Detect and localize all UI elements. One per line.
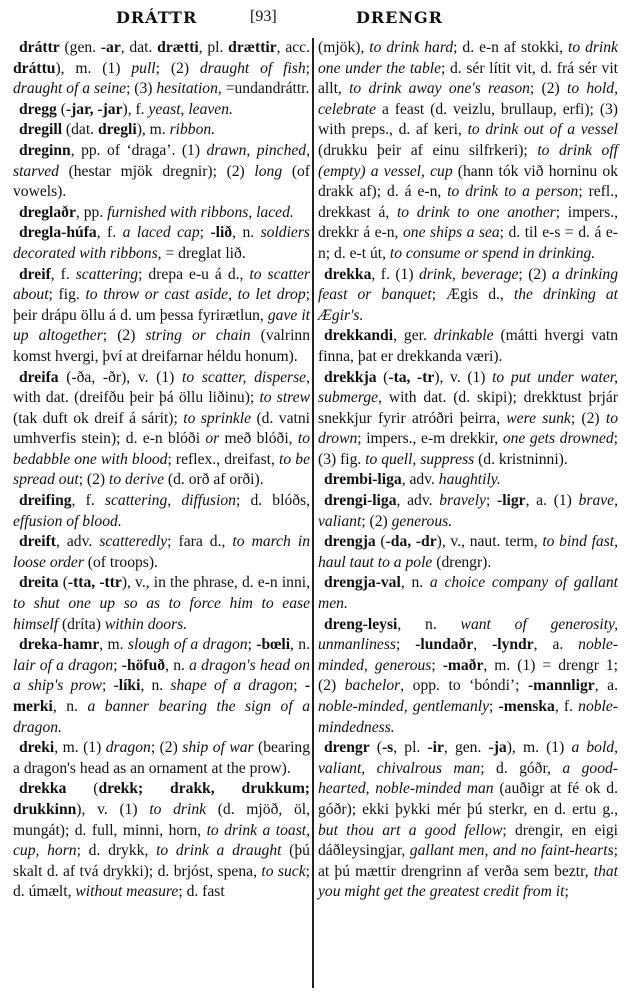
entry-text: , pp. of ‘draga’. (1): [71, 142, 207, 159]
gloss: to drink: [149, 801, 206, 818]
gloss: one gets drowned: [503, 430, 614, 447]
headword: -líki: [114, 677, 141, 694]
entry-text: , n.: [140, 677, 170, 694]
headword: -tta, -ttr: [68, 574, 122, 591]
entry-text: , adv.: [397, 492, 440, 509]
entry-text: , n.: [397, 616, 460, 633]
dictionary-entry: dreki, m. (1) dragon; (2) ship of war (b…: [13, 738, 310, 779]
gloss: to sprinkle: [183, 410, 251, 427]
headword: -ligr: [497, 492, 526, 509]
entry-text: , m. (1): [54, 739, 106, 756]
right-guide-word: DRENGR: [356, 8, 443, 27]
gloss: to drink hard: [369, 39, 453, 56]
gloss: draught of fish: [200, 60, 306, 77]
gloss: a laced cap: [123, 224, 200, 241]
entry-text: , n.: [232, 224, 261, 241]
headword: -bœli: [256, 636, 290, 653]
entry-text: ; d. e-n af stokki,: [453, 39, 568, 56]
headword: dregli: [98, 121, 137, 138]
entry-text: , n.: [290, 636, 310, 653]
headword: dreglaðr: [19, 204, 76, 221]
dictionary-entry: dreka-hamr, m. slough of a dragon; -bœli…: [13, 635, 310, 738]
entry-text: , adv.: [56, 533, 99, 550]
headword: drengja: [324, 533, 376, 550]
headword: -ar: [101, 39, 121, 56]
dictionary-entry: dreif, f. scattering; drepa e-u á d., to…: [13, 265, 310, 368]
gloss: to derive: [109, 471, 164, 488]
gloss: effusion of blood.: [13, 513, 122, 530]
entry-text: með blóði,: [219, 430, 298, 447]
dictionary-entry: dregg (-jar, -jar), f. yeast, leaven.: [13, 100, 310, 121]
headword: -s: [382, 739, 393, 756]
gloss: haughtily.: [439, 471, 501, 488]
gloss: to consume or spend in drinking.: [390, 245, 595, 262]
headword: -da, -dr: [386, 533, 437, 550]
entry-text: ,: [473, 636, 492, 653]
entry-text: (drengr).: [432, 554, 491, 571]
headword: -ir: [427, 739, 443, 756]
dictionary-entry: dregla-húfa, f. a laced cap; -lið, n. so…: [13, 223, 310, 264]
entry-text: ;: [431, 657, 442, 674]
dictionary-entry: drembi-liga, adv. haughtily.: [318, 470, 618, 491]
dictionary-entry: drengja-val, n. a choice company of gall…: [318, 573, 618, 614]
headword: -menska: [499, 698, 555, 715]
gloss: bravely: [439, 492, 486, 509]
headword: drembi-liga: [324, 471, 402, 488]
entry-text: ; (2): [103, 327, 146, 344]
entry-text: (: [377, 369, 389, 386]
headword: drengr: [324, 739, 370, 756]
entry-text: ;: [489, 698, 499, 715]
gloss: hesitation: [156, 80, 218, 97]
headword: dregg: [19, 101, 57, 118]
headword: dreifa: [19, 369, 59, 386]
gloss: noble-minded, gentlemanly: [318, 698, 489, 715]
entry-text: , pl.: [199, 39, 228, 56]
headword: drekka: [324, 266, 371, 283]
headword: dráttr: [19, 39, 60, 56]
gloss: to suck: [261, 863, 305, 880]
entry-text: ), v., in the phrase, d. e-n inni,: [122, 574, 310, 591]
dictionary-entry: dreng-leysi, n. want of generosity, unma…: [318, 615, 618, 739]
dictionary-entry: dreginn, pp. of ‘draga’. (1) drawn, pinc…: [13, 141, 310, 203]
dictionary-entry: drengi-liga, adv. bravely; -ligr, a. (1)…: [318, 491, 618, 532]
entry-text: ), m. (1): [55, 60, 131, 77]
entry-text: , ger.: [393, 327, 434, 344]
headword: drætti: [157, 39, 199, 56]
entry-text: , gen.: [444, 739, 489, 756]
entry-text: ; (2): [79, 471, 109, 488]
dictionary-entry: dreift, adv. scatteredly; fara d., to ma…: [13, 532, 310, 573]
dictionary-entry: (mjök), to drink hard; d. e-n af stokki,…: [318, 38, 618, 265]
entry-text: ;: [102, 677, 114, 694]
gloss: to throw or cast aside, to let drop: [85, 286, 305, 303]
headword: -maðr: [443, 657, 484, 674]
entry-text: (gen.: [60, 39, 101, 56]
entry-text: ;: [396, 636, 415, 653]
entry-text: ), m. (1): [507, 739, 572, 756]
gloss: slough of a dragon: [128, 636, 248, 653]
dictionary-entry: drekka, f. (1) drink, beverage; (2) a dr…: [318, 265, 618, 327]
entry-text: ;: [564, 883, 568, 900]
entry-text: ;: [486, 492, 497, 509]
entry-text: ; d. góðr,: [480, 760, 562, 777]
entry-text: (: [376, 533, 386, 550]
gloss: to drink to one another: [397, 204, 556, 221]
entry-text: ; d. blóðs,: [236, 492, 310, 509]
dictionary-entry: drengr (-s, pl. -ir, gen. -ja), m. (1) a…: [318, 738, 618, 903]
gloss: lair of a dragon: [13, 657, 113, 674]
dictionary-entry: dráttr (gen. -ar, dat. drætti, pl. drætt…: [13, 38, 310, 100]
headword: -lyndr: [492, 636, 534, 653]
headword: -ja: [489, 739, 507, 756]
entry-text: ; (2): [518, 266, 551, 283]
headword: dreng-leysi: [324, 616, 397, 633]
entry-text: (: [59, 574, 68, 591]
entry-text: ; (3): [126, 80, 156, 97]
entry-text: , n.: [53, 698, 88, 715]
entry-text: , acc.: [277, 39, 310, 56]
entry-text: (-ða, -ðr), v. (1): [59, 369, 182, 386]
entry-text: , =undandráttr.: [218, 80, 310, 97]
gloss: scatteredly: [99, 533, 167, 550]
entry-text: ;: [200, 224, 211, 241]
page-number: [93]: [250, 8, 277, 26]
gloss: to drink a draught: [156, 842, 281, 859]
gloss: leaven.: [188, 101, 233, 118]
entry-text: , m.: [99, 636, 128, 653]
headword: -ta, -tr: [388, 369, 434, 386]
headword: dreita: [19, 574, 59, 591]
gloss: to drink to a person: [447, 183, 578, 200]
entry-text: ; (2): [571, 410, 606, 427]
entry-text: ;: [293, 677, 305, 694]
entry-text: ; impers., e-m drekkir,: [357, 430, 503, 447]
headword: -lið: [210, 224, 232, 241]
dictionary-entry: dreita (-tta, -ttr), v., in the phrase, …: [13, 573, 310, 635]
entry-text: ; (2): [156, 60, 200, 77]
entry-text: (drukku þeir af einu silfrkeri);: [318, 142, 537, 159]
gloss: drinkable: [434, 327, 494, 344]
gloss: gallant men, and no faint-hearts: [410, 842, 614, 859]
entry-text: ), v. (1): [76, 801, 149, 818]
gloss: generous.: [392, 513, 453, 530]
dictionary-entry: dreglaðr, pp. furnished with ribbons, la…: [13, 203, 310, 224]
entry-text: , opp. to ‘bóndi’;: [400, 677, 528, 694]
entry-text: ), f.: [123, 101, 149, 118]
entry-text: ), v. (1): [434, 369, 492, 386]
entry-text: , n.: [165, 657, 189, 674]
entry-text: ; d. drykk,: [77, 842, 156, 859]
entry-text: , a. (1): [526, 492, 579, 509]
headword: -jar, -jar: [66, 101, 123, 118]
entry-text: ; fara d.,: [167, 533, 232, 550]
headword: dreki: [19, 739, 54, 756]
entry-text: (of troops).: [84, 554, 158, 571]
gloss: ship of war: [182, 739, 253, 756]
entry-text: ; drepa e-u á d.,: [138, 266, 249, 283]
entry-text: ; (2): [530, 80, 567, 97]
entry-text: ; reflex., dreifast,: [167, 451, 279, 468]
entry-text: (: [57, 101, 66, 118]
gloss: or: [205, 430, 219, 447]
entry-text: , f.: [97, 224, 123, 241]
gloss: to drink out of a vessel: [468, 121, 618, 138]
gloss: long: [254, 163, 282, 180]
entry-text: ;: [248, 636, 257, 653]
headword: dreift: [19, 533, 56, 550]
gloss: within doors.: [105, 616, 187, 633]
gloss: drink, beverage: [419, 266, 518, 283]
entry-text: ; Ægis d.,: [432, 286, 514, 303]
headword: dráttu: [13, 60, 55, 77]
gloss: yeast: [148, 101, 180, 118]
gloss: to drink away one's reason: [349, 80, 530, 97]
entry-text: (hestar mjök dregnir); (2): [59, 163, 255, 180]
entry-text: , dat.: [121, 39, 157, 56]
dictionary-entry: drengja (-da, -dr), v., naut. term, to b…: [318, 532, 618, 573]
headword: dreka-hamr: [19, 636, 99, 653]
left-guide-word: DRÁTTR: [116, 8, 197, 27]
entry-text: (tak duft ok dreif á sárit);: [13, 410, 183, 427]
page-header: DRÁTTR [93] DRENGR: [0, 8, 625, 32]
dictionary-entry: dregill (dat. dregli), m. ribbon.: [13, 120, 310, 141]
gloss: one ships a sea: [403, 224, 500, 241]
entry-text: , adv.: [402, 471, 439, 488]
gloss: to scatter, disperse: [182, 369, 306, 386]
entry-text: ; fig.: [49, 286, 86, 303]
entry-text: (dat.: [62, 121, 98, 138]
right-column: (mjök), to drink hard; d. e-n af stokki,…: [318, 38, 618, 903]
left-column: dráttr (gen. -ar, dat. drætti, pl. drætt…: [13, 38, 310, 903]
entry-text: ; (2): [361, 513, 391, 530]
entry-text: (: [370, 739, 382, 756]
entry-text: , f.: [555, 698, 578, 715]
entry-text: (d. orð af orði).: [164, 471, 264, 488]
gloss: to quell, suppress: [365, 451, 474, 468]
entry-text: ;: [306, 60, 310, 77]
gloss: furnished with ribbons, laced.: [107, 204, 294, 221]
headword: drengi-liga: [324, 492, 397, 509]
headword: drættir: [228, 39, 277, 56]
gloss: shape of a dragon: [170, 677, 293, 694]
headword: drekkja: [324, 369, 377, 386]
entry-text: , = dreglat lið.: [158, 245, 246, 262]
headword: dreginn: [19, 142, 71, 159]
gloss: without measure: [75, 883, 178, 900]
headword: -höfuð: [122, 657, 165, 674]
entry-text: ; (2): [151, 739, 182, 756]
dictionary-entry: drekkandi, ger. drinkable (mátti hvergi …: [318, 326, 618, 367]
gloss: but thou art a good fellow: [318, 822, 502, 839]
entry-text: , n.: [401, 574, 430, 591]
gloss: to strew: [259, 389, 310, 406]
dictionary-page: DRÁTTR [93] DRENGR dráttr (gen. -ar, dat…: [0, 0, 625, 998]
gloss: dragon: [106, 739, 151, 756]
dictionary-entry: drekka (drekk; drakk, drukkum; drukkinn)…: [13, 779, 310, 903]
entry-text: ;: [113, 657, 122, 674]
gloss: pull: [131, 60, 155, 77]
headword: dregla-húfa: [19, 224, 97, 241]
headword: -mannligr: [528, 677, 595, 694]
headword: dreifing: [19, 492, 72, 509]
entry-text: (dríta): [58, 616, 105, 633]
entry-text: , f. (1): [371, 266, 419, 283]
entry-text: , f.: [51, 266, 76, 283]
entry-text: ), v., naut. term,: [437, 533, 543, 550]
dictionary-entry: dreifa (-ða, -ðr), v. (1) to scatter, di…: [13, 368, 310, 492]
column-divider: [312, 38, 314, 988]
headword: drekka: [19, 780, 66, 797]
headword: -lundaðr: [415, 636, 473, 653]
gloss: string or chain: [145, 327, 250, 344]
headword: drekkandi: [324, 327, 393, 344]
entry-text: , a.: [534, 636, 579, 653]
gloss: ribbon.: [170, 121, 216, 138]
gloss: bachelor: [345, 677, 400, 694]
entry-text: , f.: [72, 492, 105, 509]
gloss: draught of a seine: [13, 80, 126, 97]
gloss: scattering: [76, 266, 138, 283]
dictionary-entry: dreifing, f. scattering, diffusion; d. b…: [13, 491, 310, 532]
gloss: scattering, diffusion: [105, 492, 236, 509]
headword: drengja-val: [324, 574, 401, 591]
dictionary-entry: drekkja (-ta, -tr), v. (1) to put under …: [318, 368, 618, 471]
entry-text: (: [66, 780, 98, 797]
headword: dreif: [19, 266, 51, 283]
gloss: were sunk: [506, 410, 571, 427]
entry-text: (mjök),: [318, 39, 369, 56]
entry-text: , pl.: [393, 739, 427, 756]
entry-text: ), m.: [137, 121, 170, 138]
headword: dregill: [19, 121, 62, 138]
entry-text: , pp.: [76, 204, 107, 221]
entry-text: (d. kristninni).: [474, 451, 568, 468]
entry-text: ; d. fast: [178, 883, 224, 900]
entry-text: , a.: [595, 677, 618, 694]
